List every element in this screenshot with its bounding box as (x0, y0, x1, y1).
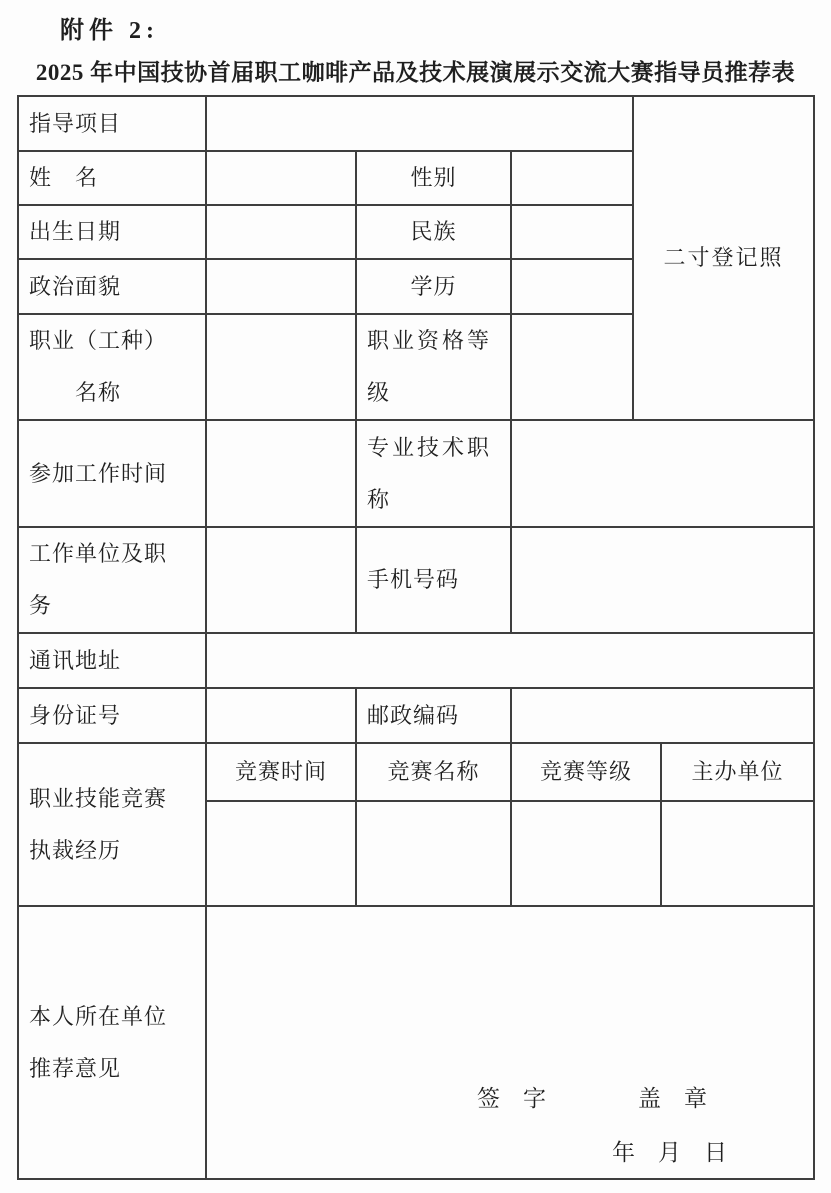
label-ethnicity: 民族 (356, 205, 511, 259)
label-judging-experience: 职业技能竞赛执裁经历 (18, 743, 206, 906)
postal-code-value-cell[interactable] (511, 688, 814, 743)
photo-placeholder[interactable]: 二寸登记照 (633, 96, 814, 420)
form-title: 2025 年中国技协首届职工咖啡产品及技术展演展示交流大赛指导员推荐表 (0, 54, 831, 87)
document-page: 附件 2: 2025 年中国技协首届职工咖啡产品及技术展演展示交流大赛指导员推荐… (0, 0, 831, 1193)
label-mobile-number: 手机号码 (356, 527, 511, 633)
mailing-address-value-cell[interactable] (206, 633, 814, 688)
competition-organizer-value-cell[interactable] (661, 801, 814, 906)
label-political-status: 政治面貌 (18, 259, 206, 314)
label-recommendation: 本人所在单位推荐意见 (18, 906, 206, 1179)
competition-level-value-cell[interactable] (511, 801, 661, 906)
label-occupation-name-line2: 名称 (29, 367, 167, 419)
label-guided-project: 指导项目 (18, 96, 206, 151)
signature-seal-line: 签 字 盖 章 (477, 1085, 707, 1113)
gender-value-cell[interactable] (511, 151, 633, 205)
professional-title-value-cell[interactable] (511, 420, 814, 527)
label-occupation-name-line1: 职业（工种） (29, 315, 167, 367)
birth-date-value-cell[interactable] (206, 205, 356, 259)
label-mailing-address: 通讯地址 (18, 633, 206, 688)
label-birth-date: 出生日期 (18, 205, 206, 259)
guided-project-value-cell[interactable] (206, 96, 633, 151)
work-unit-position-value-cell[interactable] (206, 527, 356, 633)
education-value-cell[interactable] (511, 259, 633, 314)
competition-header-name: 竞赛名称 (356, 743, 511, 801)
competition-header-organizer: 主办单位 (661, 743, 814, 801)
label-education: 学历 (356, 259, 511, 314)
label-name: 姓 名 (18, 151, 206, 205)
label-id-number: 身份证号 (18, 688, 206, 743)
competition-header-level: 竞赛等级 (511, 743, 661, 801)
ethnicity-value-cell[interactable] (511, 205, 633, 259)
date-line: 年 月 日 (612, 1139, 727, 1167)
name-value-cell[interactable] (206, 151, 356, 205)
vocational-qualification-level-value-cell[interactable] (511, 314, 633, 420)
label-work-start-time: 参加工作时间 (18, 420, 206, 527)
competition-name-value-cell[interactable] (356, 801, 511, 906)
label-vocational-qualification-level: 职业资格等级 (356, 314, 511, 420)
competition-header-time: 竞赛时间 (206, 743, 356, 801)
attachment-label: 附件 2: (60, 10, 159, 45)
recommendation-value-cell[interactable]: 签 字 盖 章 年 月 日 (206, 906, 814, 1179)
mobile-number-value-cell[interactable] (511, 527, 814, 633)
recommendation-form-table: 指导项目 二寸登记照 姓 名 性别 出生日期 民族 政治面貌 学历 (17, 95, 815, 1180)
label-work-unit-position: 工作单位及职务 (18, 527, 206, 633)
id-number-value-cell[interactable] (206, 688, 356, 743)
label-postal-code: 邮政编码 (356, 688, 511, 743)
label-gender: 性别 (356, 151, 511, 205)
label-occupation-name: 职业（工种） 名称 (18, 314, 206, 420)
occupation-name-value-cell[interactable] (206, 314, 356, 420)
work-start-time-value-cell[interactable] (206, 420, 356, 527)
competition-time-value-cell[interactable] (206, 801, 356, 906)
political-status-value-cell[interactable] (206, 259, 356, 314)
label-professional-title: 专业技术职称 (356, 420, 511, 527)
